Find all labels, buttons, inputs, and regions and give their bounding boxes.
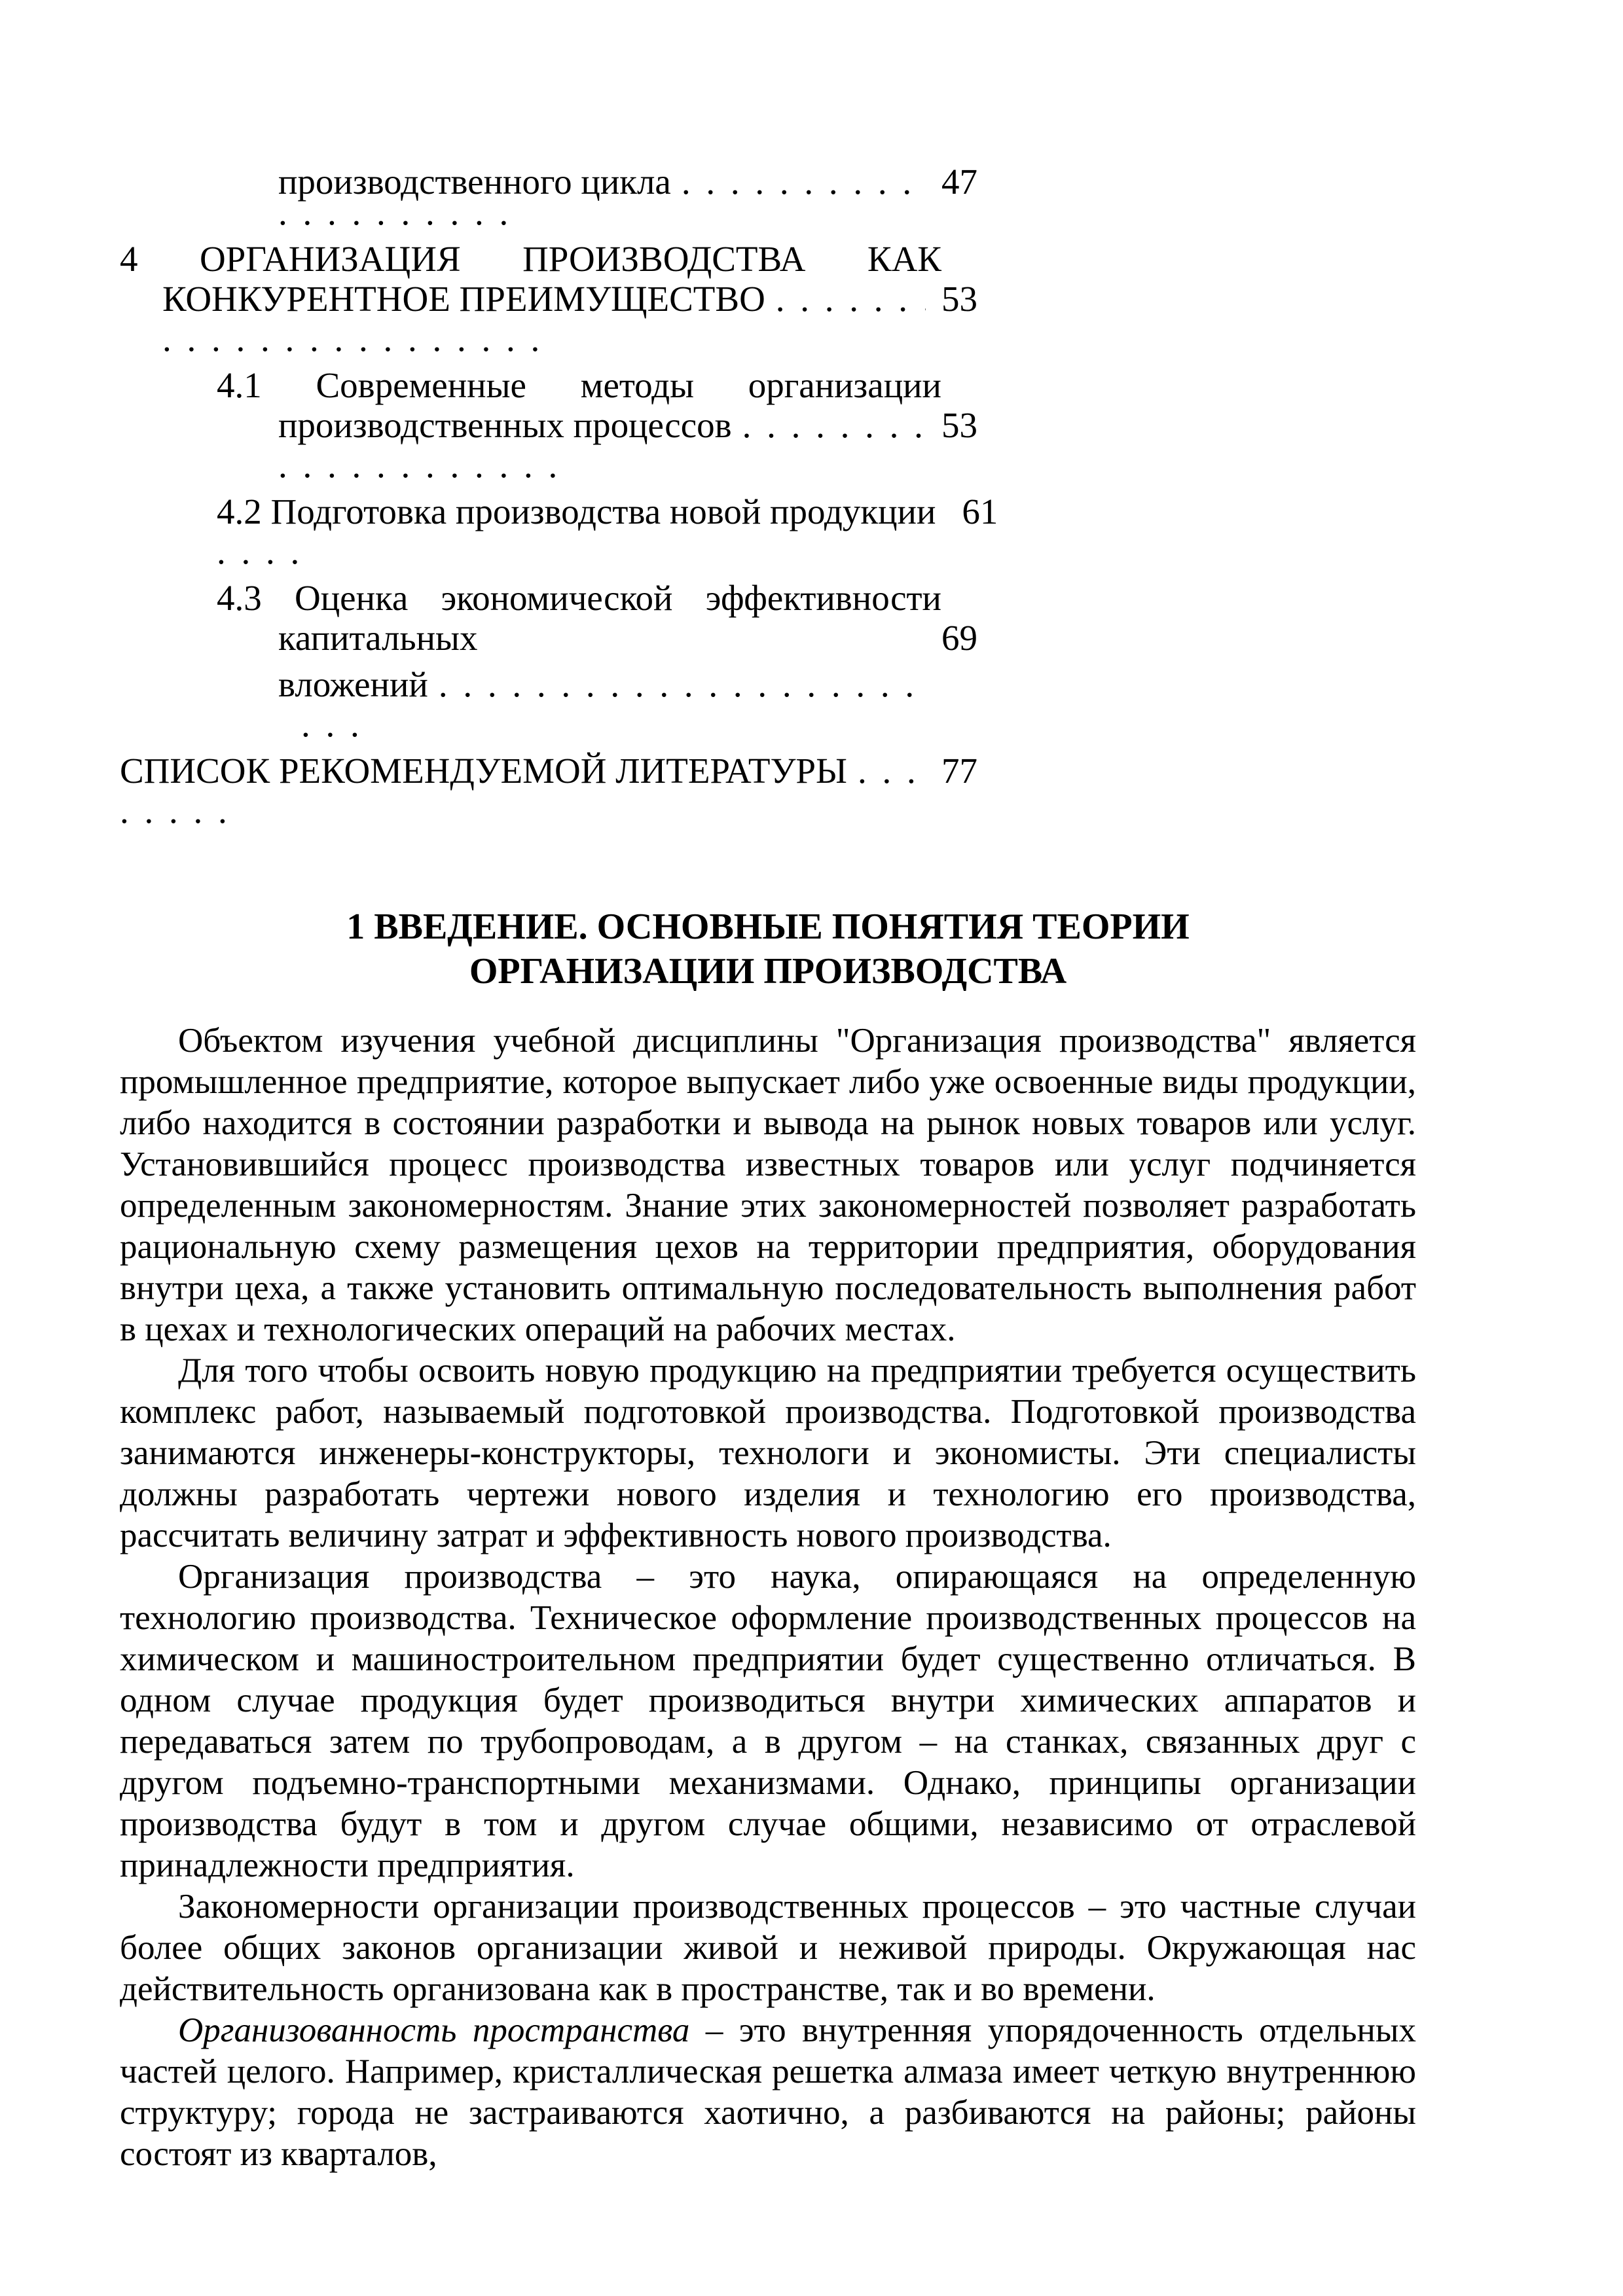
toc-entry-word: Современные [316, 365, 526, 405]
chapter-heading: 1 ВВЕДЕНИЕ. ОСНОВНЫЕ ПОНЯТИЯ ТЕОРИИ ОРГА… [120, 905, 1416, 994]
toc-entry-text: капитальных [278, 618, 477, 658]
toc-line: 4.2 Подготовка производства новой продук… [120, 492, 977, 531]
toc-entry-justified: 4.1Современныеметодыорганизации [217, 365, 977, 405]
toc-entry-word: КАК [867, 239, 941, 279]
page-number: 53 [926, 405, 977, 445]
chapter-heading-line-2: ОРГАНИЗАЦИИ ПРОИЗВОДСТВА [120, 949, 1416, 994]
toc-line: производственных процессов. . . . . . . … [120, 405, 977, 445]
toc-entry-word: 4.3 [217, 578, 262, 618]
body-paragraph: Для того чтобы освоить новую продукцию н… [120, 1350, 1416, 1556]
toc-line: . . . . [120, 531, 977, 571]
dot-leader: . . . . [217, 531, 302, 571]
dot-leader: . . . . . . . . . . . . . . . . [162, 319, 543, 359]
dot-leader: . . . . . . . . . . . [682, 162, 926, 202]
toc-line: . . . [120, 704, 977, 744]
toc-line: 4.1Современныеметодыорганизации [120, 365, 977, 405]
page-number: 69 [926, 618, 977, 658]
dot-leader: . . . . . . [858, 751, 926, 791]
document-page: производственного цикла. . . . . . . . .… [0, 0, 1623, 2296]
dot-leader: . . . . . . . . . [742, 405, 926, 445]
toc-line: 4ОРГАНИЗАЦИЯПРОИЗВОДСТВАКАК [120, 239, 977, 279]
toc-entry-word: ПРОИЗВОДСТВА [522, 239, 805, 279]
toc-entry-text: КОНКУРЕНТНОЕ ПРЕИМУЩЕСТВО [162, 279, 765, 319]
toc-line: 4.3Оценкаэкономическойэффективности [120, 578, 977, 618]
page-number: 61 [946, 492, 998, 531]
toc-line: . . . . . . . . . . . . [120, 445, 977, 485]
body-paragraph: Объектом изучения учебной дисциплины "Ор… [120, 1020, 1416, 1350]
page-number: 53 [926, 279, 977, 319]
toc-entry-word: эффективности [706, 578, 941, 618]
page-number: 77 [926, 751, 977, 791]
dot-leader: . . . . . . . . . . . . . . . . . . . . [439, 664, 917, 704]
toc-line: капитальных69 [120, 618, 977, 658]
toc-entry-text: СПИСОК РЕКОМЕНДУЕМОЙ ЛИТЕРАТУРЫ [120, 751, 847, 791]
toc-entry-word: Оценка [295, 578, 408, 618]
toc-entry-text: вложений [278, 664, 428, 704]
toc-line: КОНКУРЕНТНОЕ ПРЕИМУЩЕСТВО. . . . . . . .… [120, 279, 977, 319]
toc-entry-word: экономической [441, 578, 673, 618]
body-paragraph: Закономерности организации производствен… [120, 1886, 1416, 2010]
dot-leader: . . . . . [120, 791, 230, 831]
toc-entry-text: производственных процессов [278, 405, 732, 445]
dot-leader: . . . . . . . . . . . . [278, 445, 560, 485]
toc-entry-word: 4 [120, 239, 138, 279]
page-number: 47 [926, 162, 977, 202]
toc-entry-word: организации [748, 365, 941, 405]
toc-entry-justified: 4.3Оценкаэкономическойэффективности [217, 578, 977, 618]
toc-line: СПИСОК РЕКОМЕНДУЕМОЙ ЛИТЕРАТУРЫ. . . . .… [120, 751, 977, 791]
toc-line: вложений. . . . . . . . . . . . . . . . … [120, 664, 977, 704]
body-paragraph: Организация производства – это наука, оп… [120, 1556, 1416, 1886]
toc-line: . . . . . [120, 791, 977, 831]
body-text: Объектом изучения учебной дисциплины "Ор… [120, 1020, 1416, 2175]
toc-entry-word: методы [581, 365, 694, 405]
table-of-contents: производственного цикла. . . . . . . . .… [120, 162, 977, 831]
chapter-heading-line-1: 1 ВВЕДЕНИЕ. ОСНОВНЫЕ ПОНЯТИЯ ТЕОРИИ [120, 905, 1416, 949]
dot-leader: . . . [301, 704, 363, 744]
body-paragraph: Организованность пространства – это внут… [120, 2010, 1416, 2175]
toc-line: . . . . . . . . . . . . . . . . [120, 319, 977, 359]
dot-leader: . . . . . . . . . . [278, 192, 511, 232]
dot-leader: . . . . . . . . [776, 279, 926, 319]
toc-entry-text: 4.2 Подготовка производства новой продук… [217, 492, 936, 531]
toc-entry-word: 4.1 [217, 365, 262, 405]
toc-entry-justified: 4ОРГАНИЗАЦИЯПРОИЗВОДСТВАКАК [120, 239, 977, 279]
toc-entry-word: ОРГАНИЗАЦИЯ [200, 239, 461, 279]
italic-term: Организованность пространства [178, 2011, 689, 2049]
